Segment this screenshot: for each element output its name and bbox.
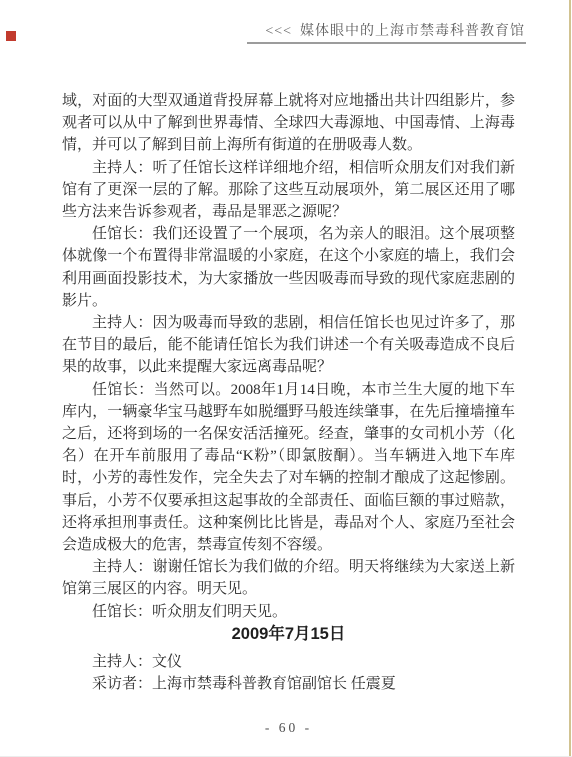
header-title: 媒体眼中的上海市禁毒科普教育馆 (300, 24, 525, 39)
page-edge-line (569, 0, 571, 757)
paragraph-host-question-2: 主持人：因为吸毒而导致的悲剧，相信任馆长也见过许多了，那在节目的最后，能不能请任… (62, 312, 515, 379)
header-chevrons: <<< (265, 24, 292, 39)
paragraph-host-question-1: 主持人：听了任馆长这样详细地介绍，相信听众朋友们对我们新馆有了更深一层的了解。那… (62, 157, 515, 224)
paragraph-curator-answer-2: 任馆长：当然可以。2008年1月14日晚，本市兰生大厦的地下车库内，一辆豪华宝马… (62, 379, 515, 557)
date-heading: 2009年7月15日 (62, 623, 515, 645)
book-page: <<<媒体眼中的上海市禁毒科普教育馆 域，对面的大型双通道背投屏幕上就将对应地播… (0, 0, 572, 757)
credit-host: 主持人：文仪 (62, 651, 515, 673)
body-text-column: 域，对面的大型双通道背投屏幕上就将对应地播出共计四组影片，参观者可以从中了解到世… (62, 90, 515, 695)
red-square-marker (6, 31, 16, 41)
paragraph-host-closing: 主持人：谢谢任馆长为我们做的介绍。明天将继续为大家送上新馆第三展区的内容。明天见… (62, 556, 515, 600)
page-number: - 60 - (62, 720, 515, 736)
credit-interviewee: 采访者：上海市禁毒科普教育馆副馆长 任震夏 (62, 673, 515, 695)
paragraph-curator-closing: 任馆长：听众朋友们明天见。 (62, 601, 515, 623)
header-rule (247, 42, 526, 44)
paragraph-curator-answer-1: 任馆长：我们还设置了一个展项，名为亲人的眼泪。这个展项整体就像一个布置得非常温暖… (62, 223, 515, 312)
running-header: <<<媒体眼中的上海市禁毒科普教育馆 (265, 20, 525, 40)
paragraph-continuation: 域，对面的大型双通道背投屏幕上就将对应地播出共计四组影片，参观者可以从中了解到世… (62, 90, 515, 157)
